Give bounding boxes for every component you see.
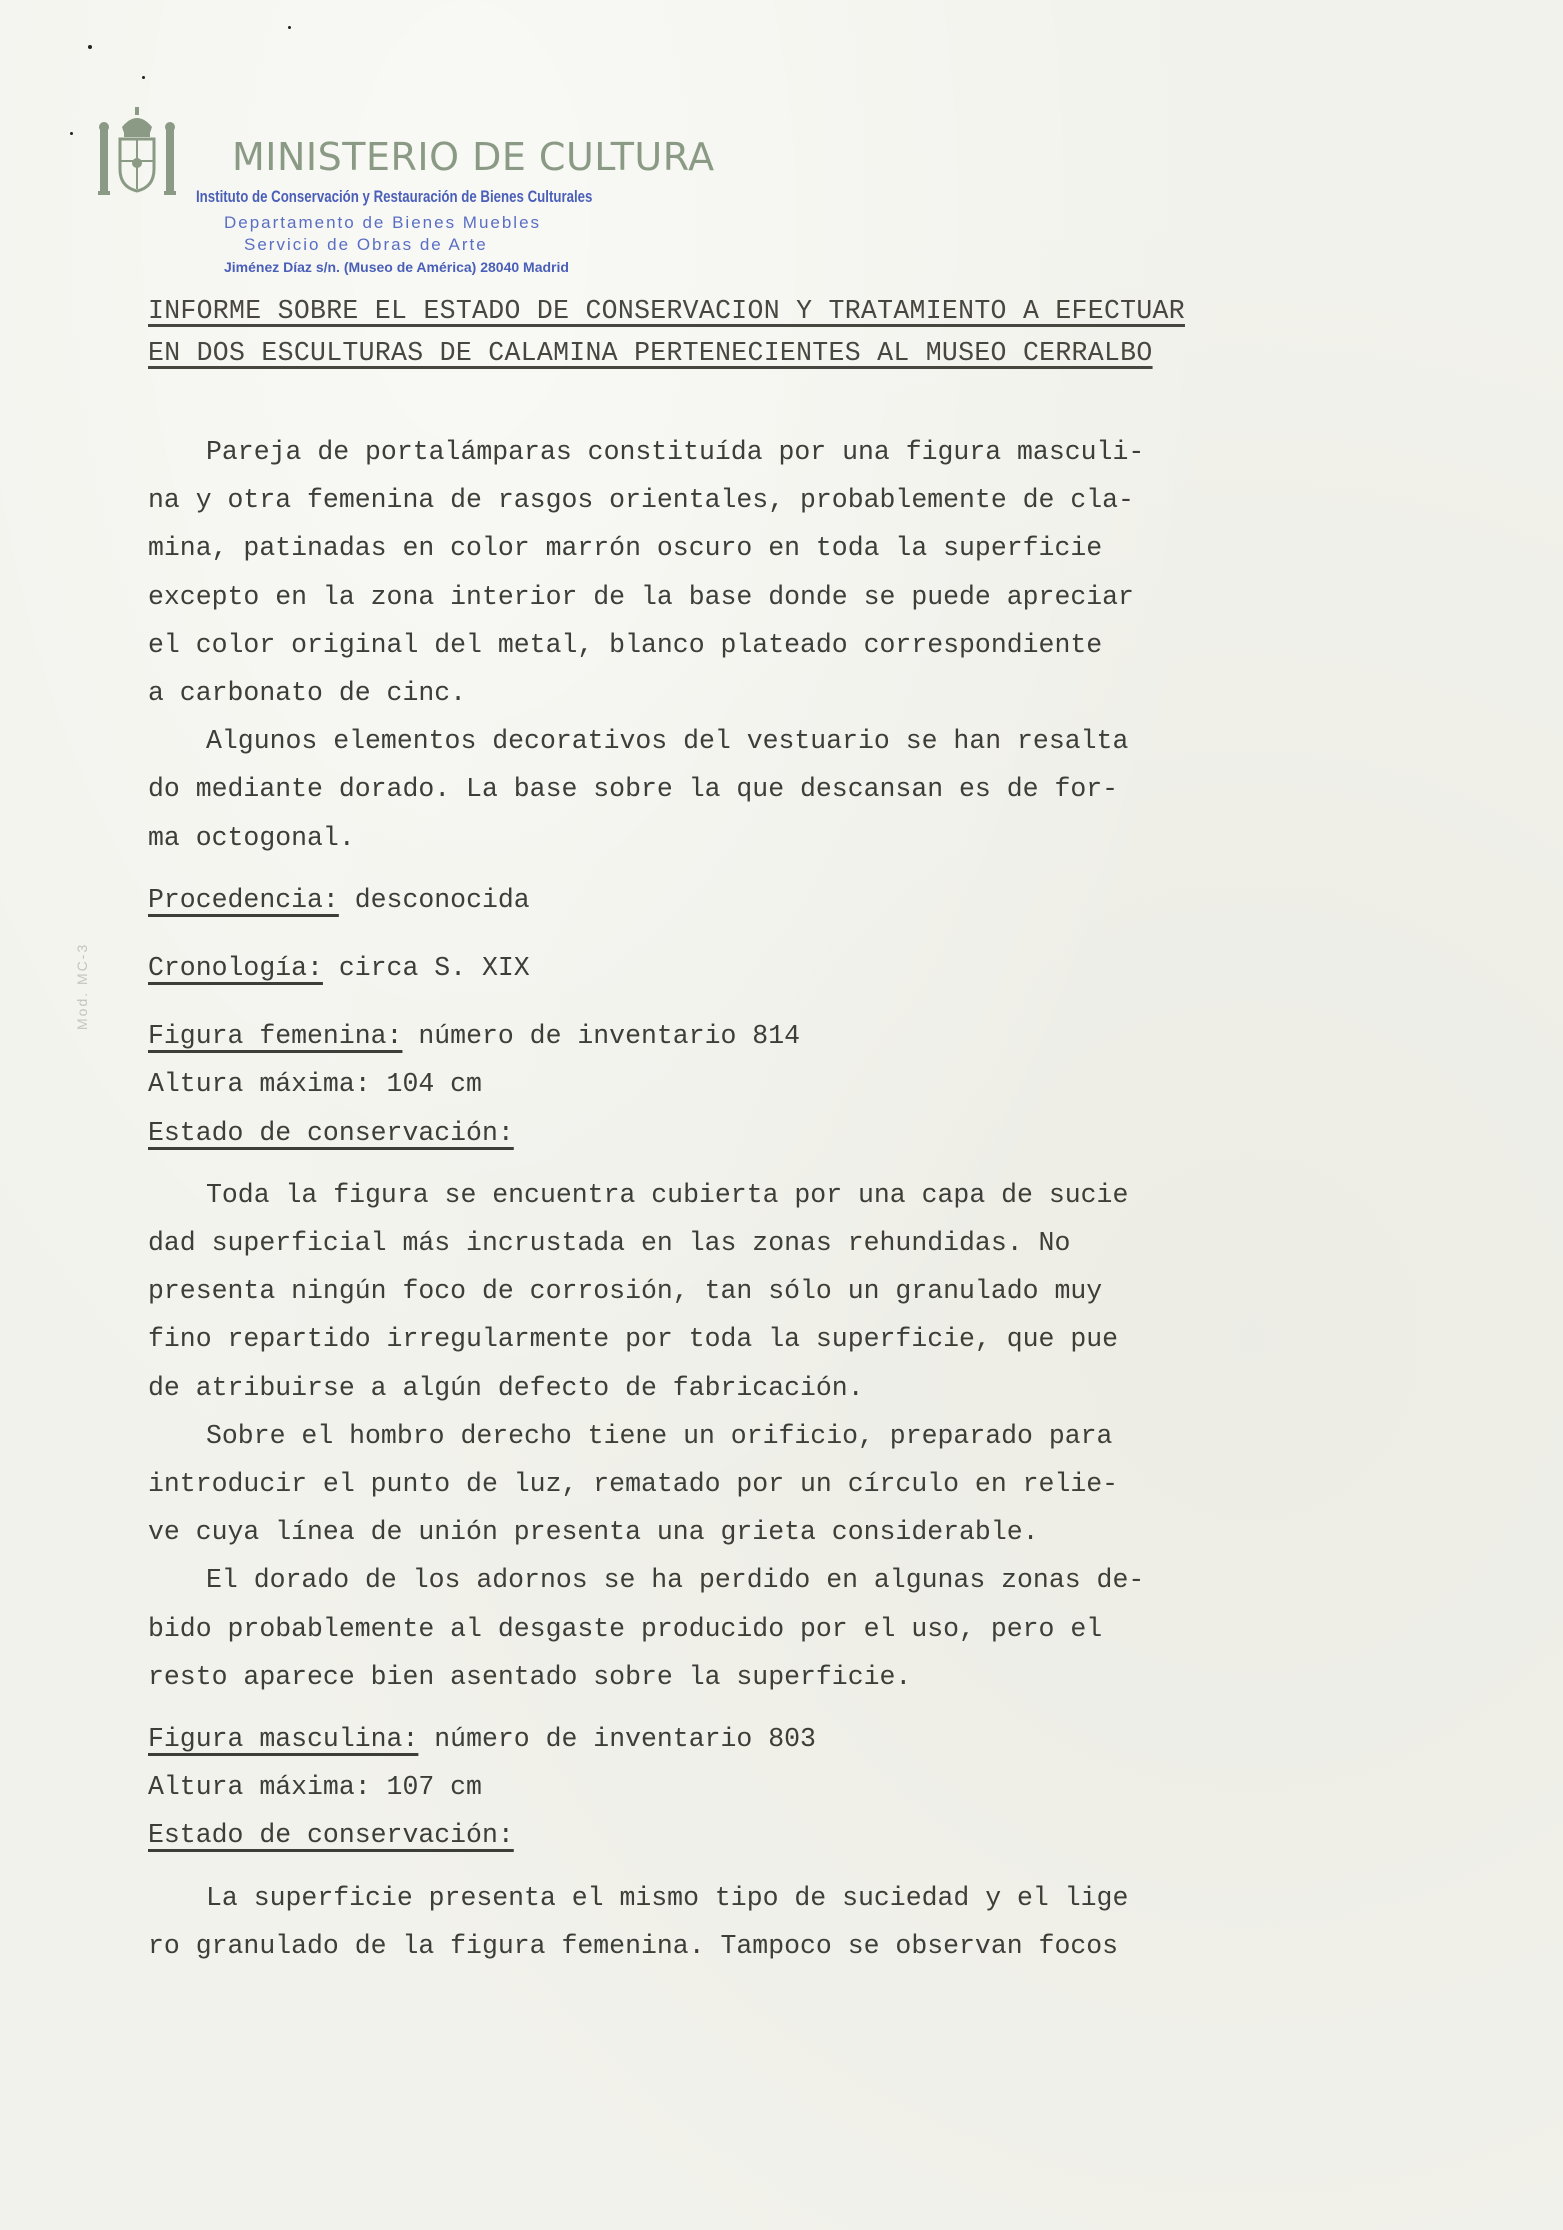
text-line: ve cuya línea de unión presenta una grie… <box>148 1508 1378 1556</box>
male-inventory: número de inventario 803 <box>418 1724 816 1754</box>
male-figure-heading: Figura masculina: número de inventario 8… <box>148 1715 1378 1763</box>
text-line: ma octogonal. <box>148 814 1378 862</box>
text-line: resto aparece bien asentado sobre la sup… <box>148 1653 1378 1701</box>
text-line: presenta ningún foco de corrosión, tan s… <box>148 1267 1378 1315</box>
paper-speck <box>142 76 145 79</box>
spanish-coat-of-arms-icon <box>96 105 178 197</box>
procedencia-label: Procedencia: <box>148 885 339 915</box>
female-paragraph-2: Sobre el hombro derecho tiene un orifici… <box>148 1412 1378 1557</box>
department-stamp: Departamento de Bienes Muebles <box>224 213 541 233</box>
title-line-1: INFORME SOBRE EL ESTADO DE CONSERVACION … <box>148 290 1378 332</box>
address-stamp: Jiménez Díaz s/n. (Museo de América) 280… <box>224 259 569 275</box>
title-line-2: EN DOS ESCULTURAS DE CALAMINA PERTENECIE… <box>148 332 1378 374</box>
cronologia-field: Cronología: circa S. XIX <box>148 944 1378 992</box>
report-body: Pareja de portalámparas constituída por … <box>148 428 1378 1970</box>
intro-paragraph-2: Algunos elementos decorativos del vestua… <box>148 717 1378 862</box>
text-line: na y otra femenina de rasgos orientales,… <box>148 476 1378 524</box>
text-line: excepto en la zona interior de la base d… <box>148 573 1378 621</box>
text-line: introducir el punto de luz, rematado por… <box>148 1460 1378 1508</box>
text-line: bido probablemente al desgaste producido… <box>148 1605 1378 1653</box>
female-height: Altura máxima: 104 cm <box>148 1060 1378 1108</box>
service-stamp: Servicio de Obras de Arte <box>244 235 488 255</box>
text-line: Toda la figura se encuentra cubierta por… <box>148 1171 1378 1219</box>
paper-speck <box>70 132 73 135</box>
female-figure-section: Figura femenina: número de inventario 81… <box>148 1012 1378 1701</box>
text-line: Sobre el hombro derecho tiene un orifici… <box>148 1412 1378 1460</box>
ministry-name: MINISTERIO DE CULTURA <box>232 135 715 179</box>
text-line: El dorado de los adornos se ha perdido e… <box>148 1556 1378 1604</box>
text-line: ro granulado de la figura femenina. Tamp… <box>148 1922 1378 1970</box>
document-title: INFORME SOBRE EL ESTADO DE CONSERVACION … <box>148 290 1378 374</box>
female-figure-heading: Figura femenina: número de inventario 81… <box>148 1012 1378 1060</box>
procedencia-field: Procedencia: desconocida <box>148 876 1378 924</box>
male-state-label: Estado de conservación: <box>148 1820 514 1850</box>
institute-stamp: Instituto de Conservación y Restauración… <box>196 187 592 207</box>
paper-speck <box>288 26 291 29</box>
male-height: Altura máxima: 107 cm <box>148 1763 1378 1811</box>
text-line: a carbonato de cinc. <box>148 669 1378 717</box>
text-line: Pareja de portalámparas constituída por … <box>148 428 1378 476</box>
paper-speck <box>88 45 92 49</box>
text-line: mina, patinadas en color marrón oscuro e… <box>148 524 1378 572</box>
female-paragraph-3: El dorado de los adornos se ha perdido e… <box>148 1556 1378 1701</box>
male-paragraph-1: La superficie presenta el mismo tipo de … <box>148 1874 1378 1970</box>
male-figure-section: Figura masculina: número de inventario 8… <box>148 1715 1378 1970</box>
female-figure-label: Figura femenina: <box>148 1021 402 1051</box>
form-model-note: Mod. MC-3 <box>74 943 90 1030</box>
text-line: fino repartido irregularmente por toda l… <box>148 1315 1378 1363</box>
text-line: Algunos elementos decorativos del vestua… <box>148 717 1378 765</box>
text-line: do mediante dorado. La base sobre la que… <box>148 765 1378 813</box>
female-inventory: número de inventario 814 <box>402 1021 800 1051</box>
female-state-label: Estado de conservación: <box>148 1118 514 1148</box>
male-figure-label: Figura masculina: <box>148 1724 418 1754</box>
text-line: el color original del metal, blanco plat… <box>148 621 1378 669</box>
cronologia-value: circa S. XIX <box>323 953 530 983</box>
text-line: de atribuirse a algún defecto de fabrica… <box>148 1364 1378 1412</box>
procedencia-value: desconocida <box>339 885 530 915</box>
cronologia-label: Cronología: <box>148 953 323 983</box>
text-line: La superficie presenta el mismo tipo de … <box>148 1874 1378 1922</box>
intro-paragraph-1: Pareja de portalámparas constituída por … <box>148 428 1378 717</box>
female-paragraph-1: Toda la figura se encuentra cubierta por… <box>148 1171 1378 1412</box>
text-line: dad superficial más incrustada en las zo… <box>148 1219 1378 1267</box>
